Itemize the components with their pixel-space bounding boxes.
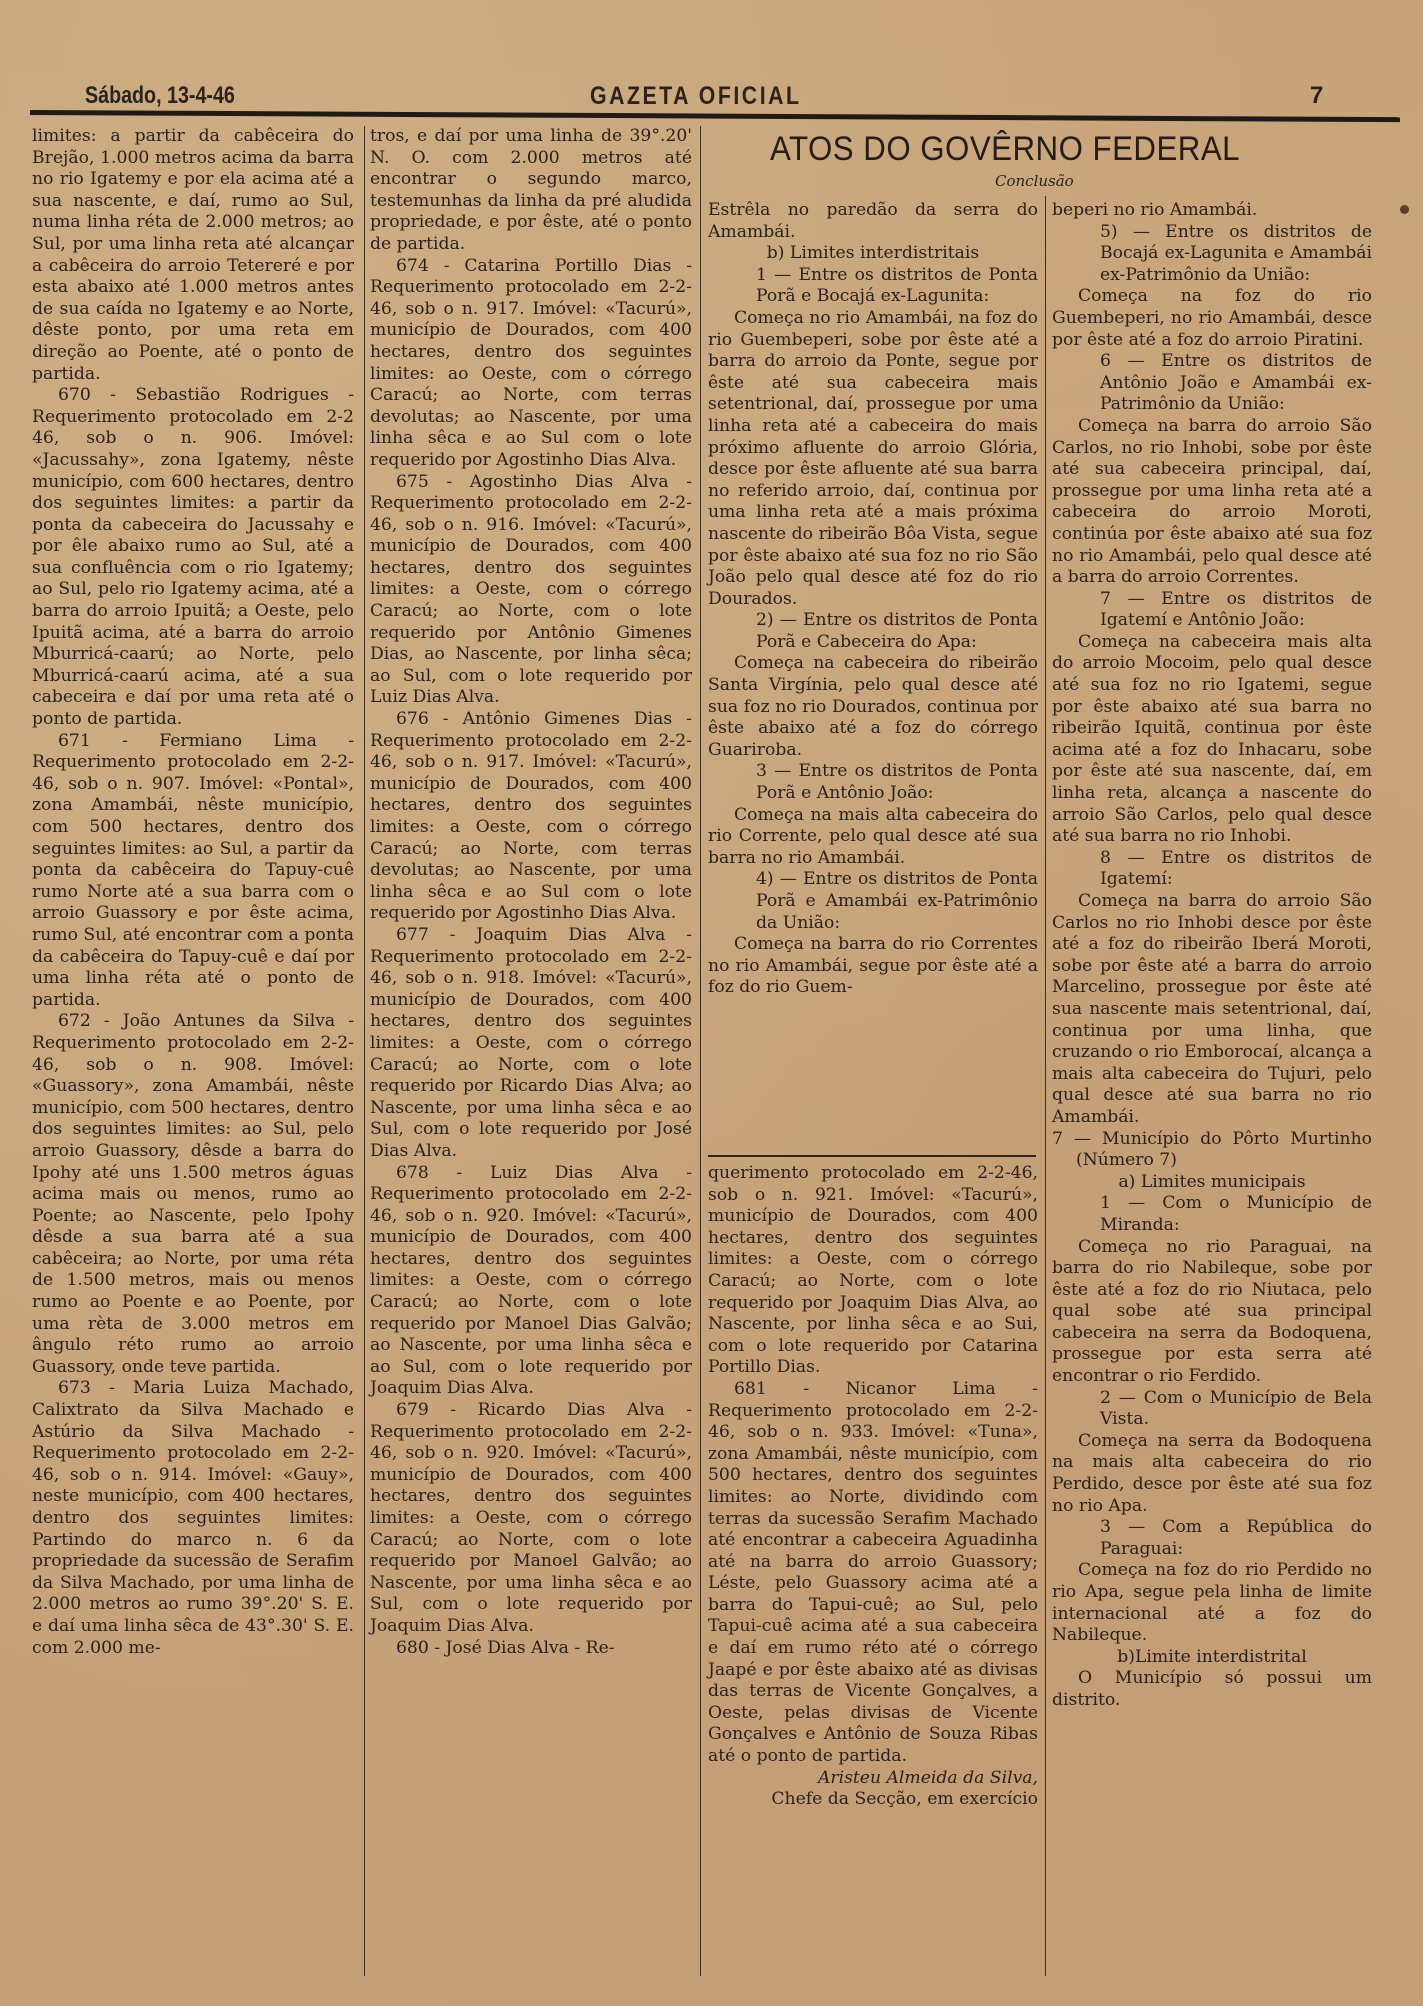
- entry-679: 679 - Ricardo Dias Alva - Requerimento p…: [370, 1400, 692, 1638]
- subheading: 8 — Entre os distritos de Igatemí:: [1052, 848, 1372, 891]
- paragraph: tros, e daí por uma linha de 39°.20' N. …: [370, 126, 692, 256]
- paragraph: Começa na foz do rio Guembeperi, no rio …: [1052, 286, 1372, 351]
- subheading: 1 — Com o Município de Miranda:: [1052, 1193, 1372, 1236]
- subheading: 1 — Entre os distritos de Ponta Porã e B…: [708, 265, 1038, 308]
- masthead: Sábado, 13-4-46 GAZETA OFICIAL 7: [30, 78, 1410, 118]
- column-2: tros, e daí por uma linha de 39°.20' N. …: [370, 126, 692, 1659]
- newspaper-page: Sábado, 13-4-46 GAZETA OFICIAL 7 limites…: [0, 0, 1423, 2006]
- paragraph: querimento protocolado em 2-2-46, sob o …: [708, 1163, 1038, 1379]
- page-number: 7: [1310, 82, 1323, 110]
- subheading: 4) — Entre os distritos de Ponta Porã e …: [708, 869, 1038, 934]
- signature-role: Chefe da Secção, em exercício: [708, 1789, 1038, 1811]
- entry-673: 673 - Maria Luiza Machado, Calixtrato da…: [32, 1378, 354, 1659]
- paragraph: Começa no rio Paraguai, na barra do rio …: [1052, 1237, 1372, 1388]
- subheading: 3 — Com a República do Paraguai:: [1052, 1517, 1372, 1560]
- subheading: 7 — Entre os distritos de Igatemí e Antô…: [1052, 589, 1372, 632]
- subheading: b)Limite interdistrital: [1052, 1647, 1372, 1669]
- paragraph: Começa na mais alta cabeceira do rio Cor…: [708, 805, 1038, 870]
- paragraph: Começa na cabeceira mais alta do arroio …: [1052, 632, 1372, 848]
- subheading: 6 — Entre os distritos de Antônio João e…: [1052, 351, 1372, 416]
- subheading: 5) — Entre os distritos de Bocajá ex-Lag…: [1052, 222, 1372, 287]
- paragraph: Começa na foz do rio Perdido no rio Apa,…: [1052, 1560, 1372, 1646]
- subheading: 2 — Com o Município de Bela Vista.: [1052, 1388, 1372, 1431]
- entry-676: 676 - Antônio Gimenes Dias - Requeriment…: [370, 709, 692, 925]
- subheading: a) Limites municipais: [1052, 1172, 1372, 1194]
- entry-677: 677 - Joaquim Dias Alva - Requerimento p…: [370, 925, 692, 1163]
- entry-680: 680 - José Dias Alva - Re-: [370, 1638, 692, 1660]
- section-subtitle: Conclusão: [995, 172, 1074, 190]
- section-title: ATOS DO GOVÊRNO FEDERAL: [770, 130, 1240, 169]
- subheading: 3 — Entre os distritos de Ponta Porã e A…: [708, 761, 1038, 804]
- issue-date: Sábado, 13-4-46: [85, 82, 235, 110]
- paragraph: Começa na barra do rio Correntes no rio …: [708, 934, 1038, 999]
- column-3-continuation: querimento protocolado em 2-2-46, sob o …: [708, 1163, 1038, 1811]
- paragraph: Começa na barra do arroio São Carlos, no…: [1052, 416, 1372, 589]
- paragraph: Estrêla no paredão da serra do Amambái.: [708, 200, 1038, 243]
- entry-670: 670 - Sebastião Rodrigues - Requerimento…: [32, 385, 354, 731]
- entry-681: 681 - Nicanor Lima - Requerimento protoc…: [708, 1379, 1038, 1768]
- signature-name: Aristeu Almeida da Silva,: [708, 1768, 1038, 1790]
- entry-674: 674 - Catarina Portillo Dias - Requerime…: [370, 256, 692, 472]
- subheading: b) Limites interdistritais: [708, 243, 1038, 265]
- column-3: Estrêla no paredão da serra do Amambái. …: [708, 200, 1038, 999]
- entry-678: 678 - Luiz Dias Alva - Requerimento prot…: [370, 1163, 692, 1401]
- paragraph: Começa na serra da Bodoquena na mais alt…: [1052, 1431, 1372, 1517]
- ink-spot: [1400, 205, 1409, 214]
- column-4: beperi no rio Amambái. 5) — Entre os dis…: [1052, 200, 1372, 1712]
- municipality-heading: 7 — Município do Pôrto Murtinho (Número …: [1052, 1129, 1372, 1172]
- entry-672: 672 - João Antunes da Silva - Requerimen…: [32, 1011, 354, 1378]
- header-rule: [30, 110, 1400, 122]
- column-divider: [1045, 196, 1046, 1976]
- column-1: limites: a partir da cabêceira do Brejão…: [32, 126, 354, 1659]
- paragraph: beperi no rio Amambái.: [1052, 200, 1372, 222]
- column-divider: [364, 126, 365, 1976]
- paragraph: O Município só possui um distrito.: [1052, 1668, 1372, 1711]
- entry-675: 675 - Agostinho Dias Alva - Requerimento…: [370, 472, 692, 710]
- paragraph: Começa na barra do arroio São Carlos no …: [1052, 891, 1372, 1129]
- subheading: 2) — Entre os distritos de Ponta Porã e …: [708, 610, 1038, 653]
- paragraph: Começa no rio Amambái, na foz do rio Gue…: [708, 308, 1038, 610]
- section-rule: [708, 1155, 1036, 1157]
- paragraph: limites: a partir da cabêceira do Brejão…: [32, 126, 354, 385]
- entry-671: 671 - Fermiano Lima - Requerimento proto…: [32, 731, 354, 1012]
- paragraph: Começa na cabeceira do ribeirão Santa Vi…: [708, 653, 1038, 761]
- column-divider: [700, 126, 701, 1976]
- newspaper-title: GAZETA OFICIAL: [590, 82, 802, 111]
